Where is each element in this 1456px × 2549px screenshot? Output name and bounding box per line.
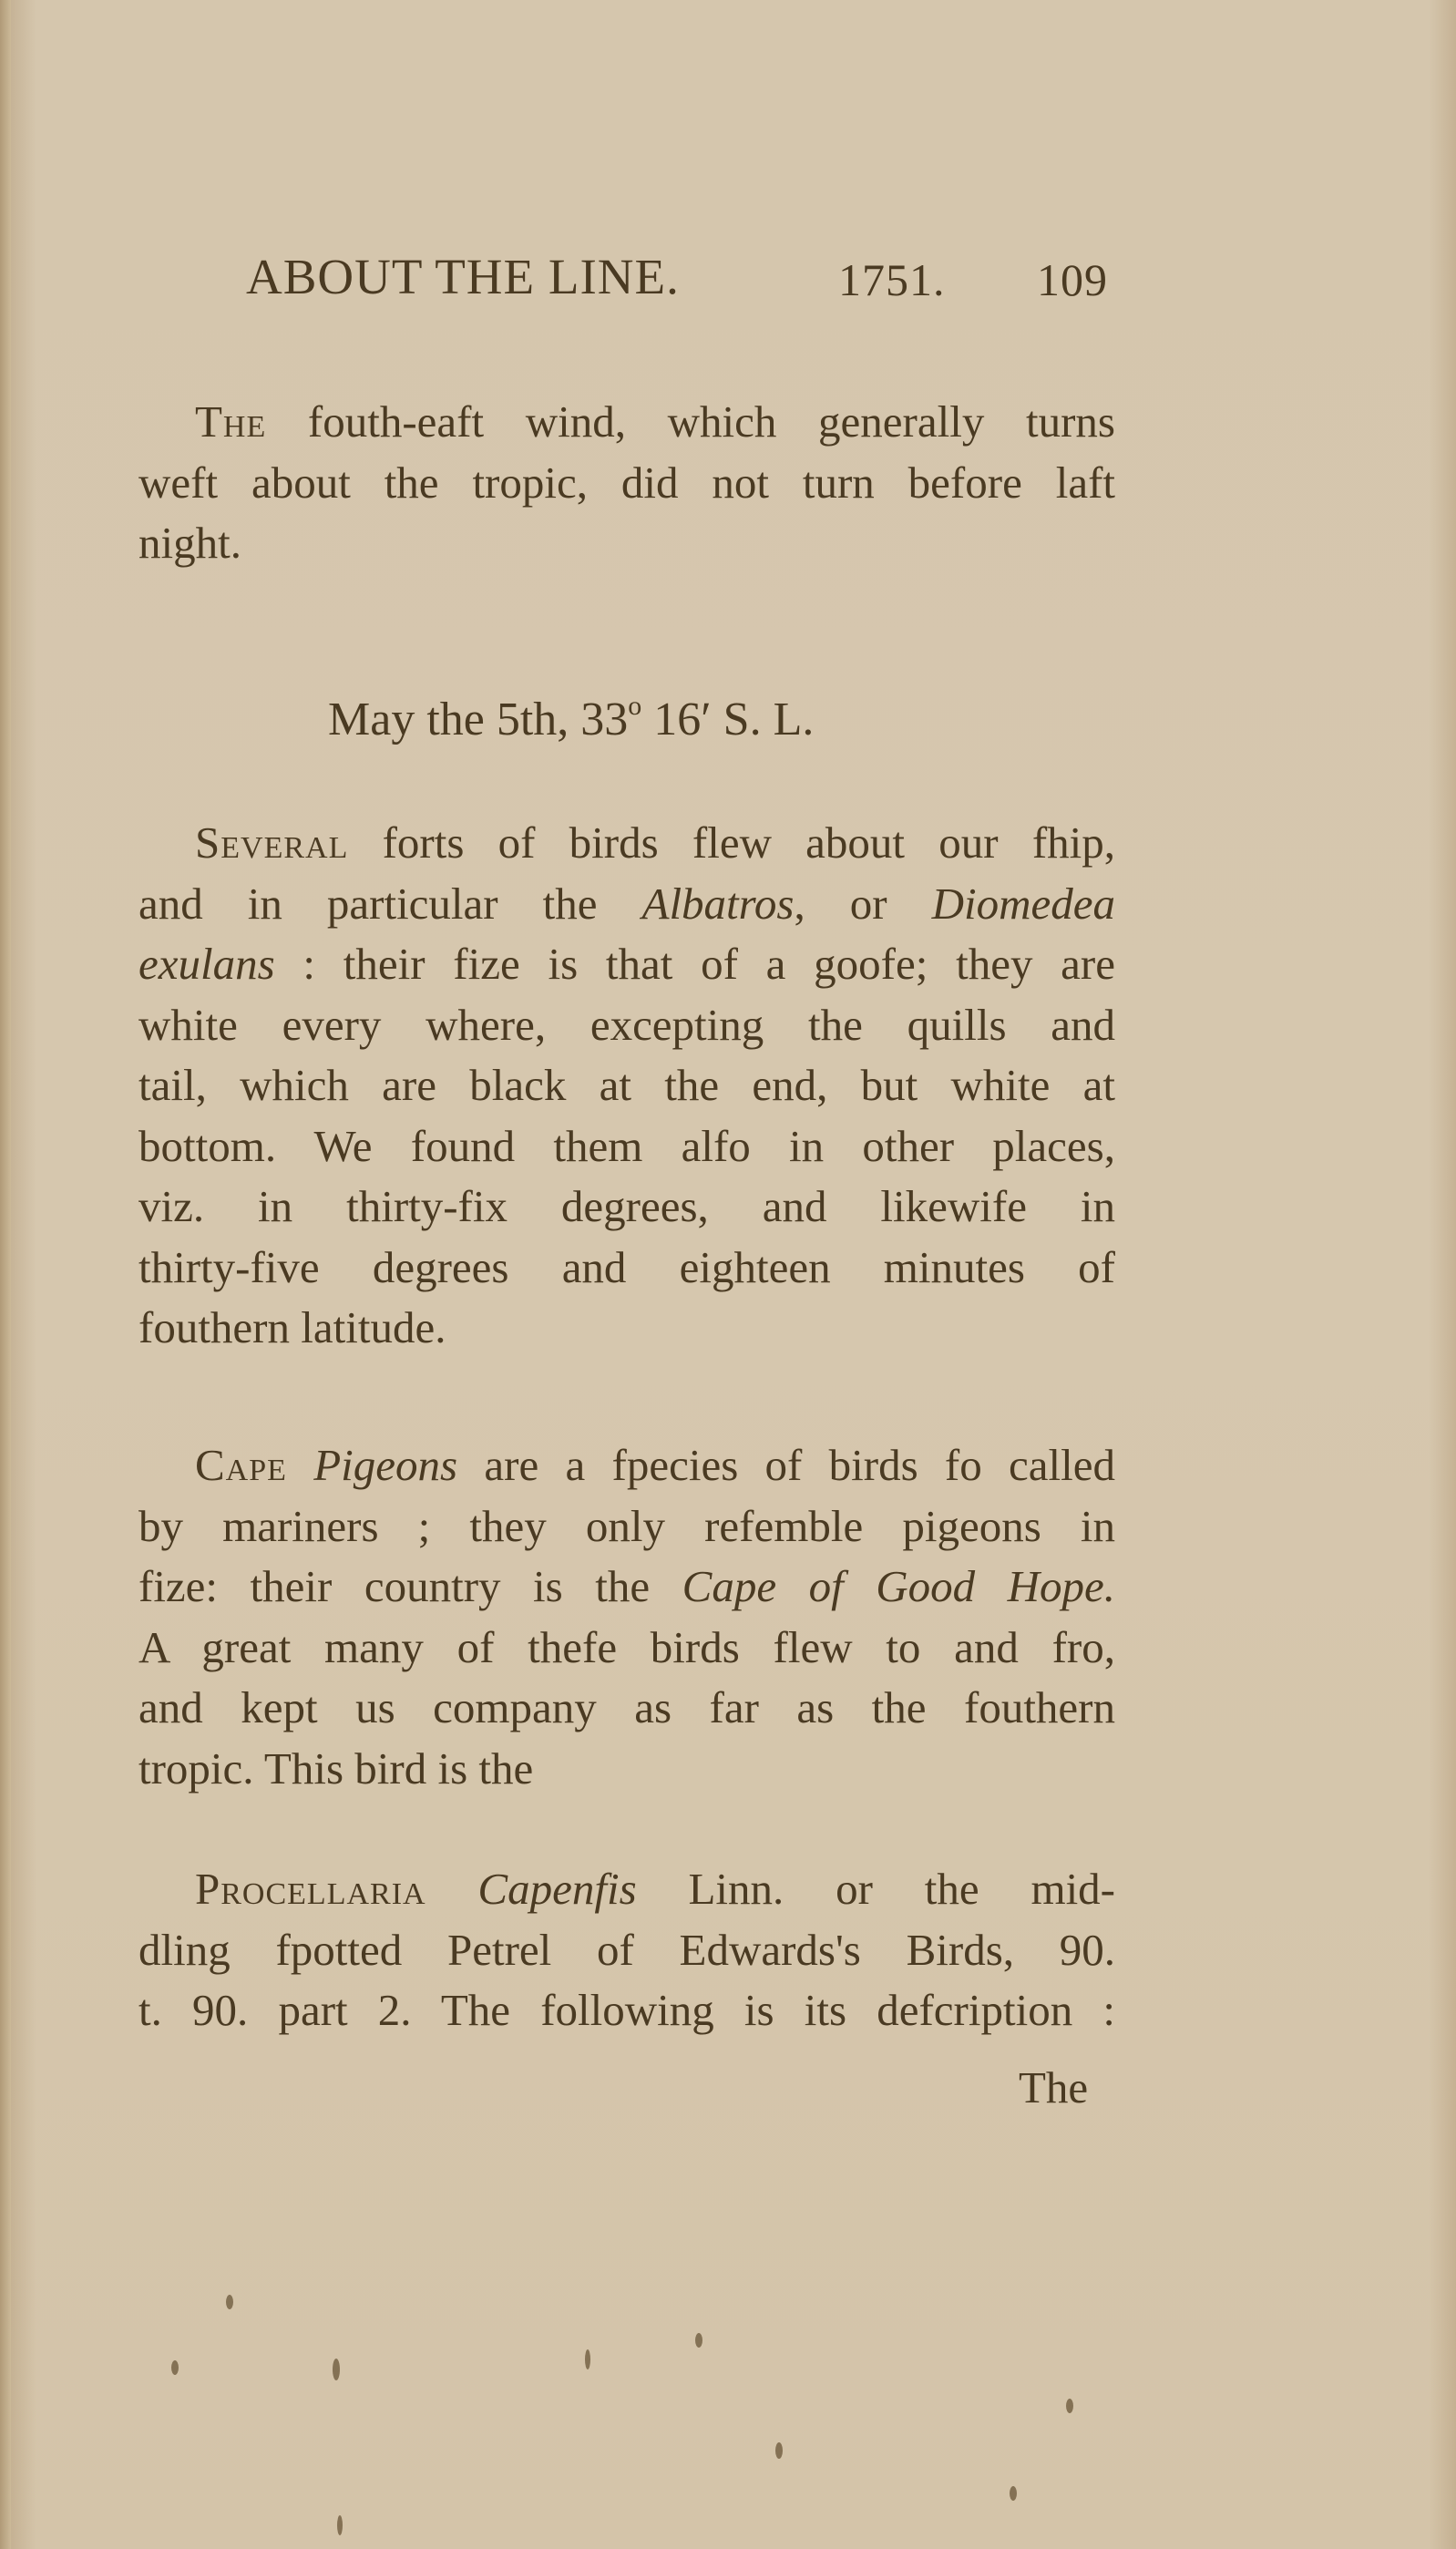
paper-spot: [171, 2360, 179, 2375]
text-line: exulans : their fize is that of a goofe;…: [138, 934, 1115, 995]
paper-spot: [226, 2295, 233, 2309]
paragraph-cape-pigeons: Cape Pigeons are a fpecies of birds fo c…: [138, 1435, 1115, 1799]
degree-sign: o: [628, 691, 641, 721]
text-line: by mariners ; they only refemble pigeons…: [138, 1496, 1115, 1557]
italic-term: Cape of Good Hope.: [682, 1561, 1115, 1611]
header-year: 1751.: [838, 253, 946, 306]
text-line: A great many of thefe birds flew to and …: [138, 1618, 1115, 1679]
italic-term: Albatros: [642, 879, 795, 929]
text-line: weft about the tropic, did not turn befo…: [138, 453, 1115, 514]
text-line: fize: their country is the Cape of Good …: [138, 1557, 1115, 1618]
italic-term: Capenfis: [477, 1864, 636, 1914]
text-line: Procellaria Capenfis Linn. or the mid-: [138, 1859, 1115, 1920]
dateline-heading: May the 5th, 33o 16′ S. L.: [328, 693, 814, 746]
italic-term: Pigeons: [313, 1440, 457, 1490]
page-gutter-shadow: [0, 0, 11, 2549]
paper-spot: [1010, 2486, 1017, 2501]
paragraph-albatros: Several forts of birds flew about our fh…: [138, 813, 1115, 1359]
text-line: tropic. This bird is the: [138, 1739, 1115, 1800]
italic-term: Diomedea: [932, 879, 1115, 929]
paragraph-procellaria: Procellaria Capenfis Linn. or the mid- d…: [138, 1859, 1115, 2041]
text-line: white every where, excepting the quills …: [138, 995, 1115, 1056]
catchword: The: [1019, 2061, 1088, 2113]
text-line: night.: [138, 513, 1115, 574]
text-line: viz. in thirty-fix degrees, and likewife…: [138, 1177, 1115, 1238]
text-line: thirty-five degrees and eighteen minutes…: [138, 1238, 1115, 1299]
paper-spot: [337, 2515, 343, 2535]
paper-spot: [775, 2442, 783, 2459]
book-page: ABOUT THE LINE. 1751. 109 The fouth-eaft…: [0, 0, 1456, 2549]
running-header: ABOUT THE LINE. 1751. 109: [246, 248, 1116, 321]
running-title: ABOUT THE LINE.: [246, 248, 680, 305]
paper-spot: [1066, 2399, 1073, 2413]
text-line: tail, which are black at the end, but wh…: [138, 1055, 1115, 1116]
paper-spot: [585, 2349, 590, 2369]
text-line: bottom. We found them alfo in other plac…: [138, 1116, 1115, 1177]
text-line: and kept us company as far as the fouthe…: [138, 1678, 1115, 1739]
paragraph-south-east-wind: The fouth-eaft wind, which generally tur…: [138, 392, 1115, 574]
text-line: Cape Pigeons are a fpecies of birds fo c…: [138, 1435, 1115, 1496]
page-number: 109: [1037, 253, 1108, 306]
paper-spot: [695, 2333, 702, 2348]
lead-small-caps: The: [195, 396, 266, 447]
text-line: and in particular the Albatros, or Diome…: [138, 874, 1115, 935]
text-line: t. 90. part 2. The following is its defc…: [138, 1980, 1115, 2041]
text-line: fouthern latitude.: [138, 1298, 1115, 1359]
paper-spot: [333, 2359, 340, 2380]
italic-term: exulans: [138, 939, 275, 989]
text-line: Several forts of birds flew about our fh…: [138, 813, 1115, 874]
text-line: The fouth-eaft wind, which generally tur…: [138, 392, 1115, 453]
text-line: dling fpotted Petrel of Edwards's Birds,…: [138, 1920, 1115, 1981]
